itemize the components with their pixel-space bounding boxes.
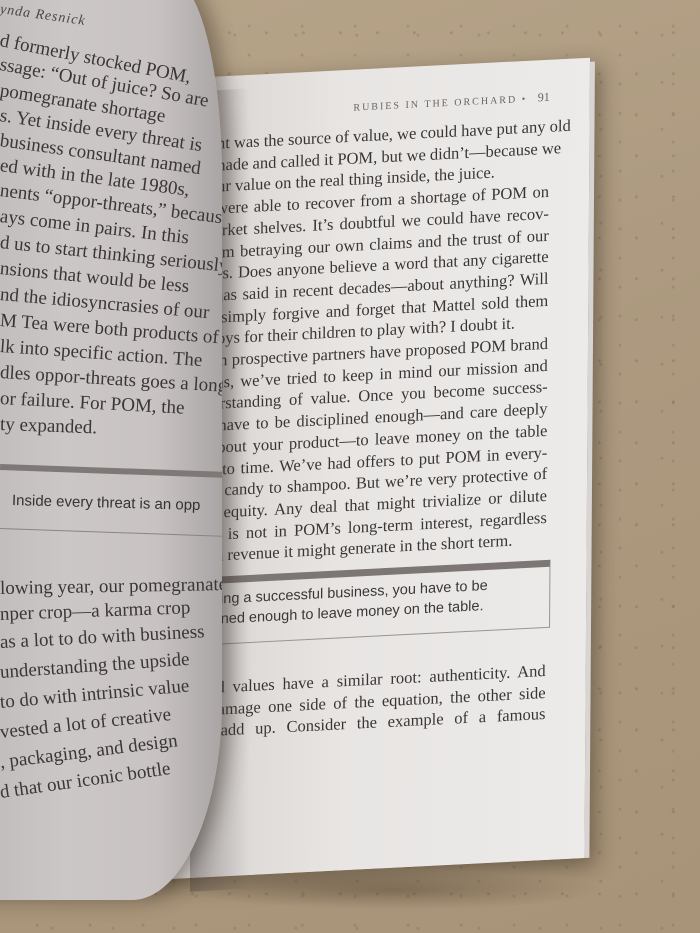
text-line: lowing year, our pomegranate — [0, 574, 222, 600]
book-shadow — [185, 870, 605, 910]
text-line: ty expanded. — [0, 414, 97, 439]
body-paragraph-continued: e and values have a similar root: authen… — [185, 660, 545, 743]
running-head: Rubies in the Orchard • 91 — [353, 90, 549, 115]
left-page-curled: ynda Resnick d formerly stocked POM, ssa… — [0, 0, 222, 900]
text-line: nper crop—a karma crop — [0, 597, 191, 626]
separator-bullet: • — [522, 94, 528, 105]
pull-quote-text: Inside every threat is an opp — [12, 492, 201, 514]
chapter-title: Rubies in the Orchard — [353, 94, 517, 113]
pull-quote-rule-bottom — [0, 528, 222, 537]
pull-quote-box: n building a successful business, you ha… — [166, 560, 550, 647]
pull-quote-rule-top — [0, 464, 222, 478]
author-running-head: ynda Resnick — [0, 2, 87, 30]
page-number: 91 — [538, 90, 550, 105]
body-paragraphs: ement was the source of value, we could … — [187, 116, 550, 568]
